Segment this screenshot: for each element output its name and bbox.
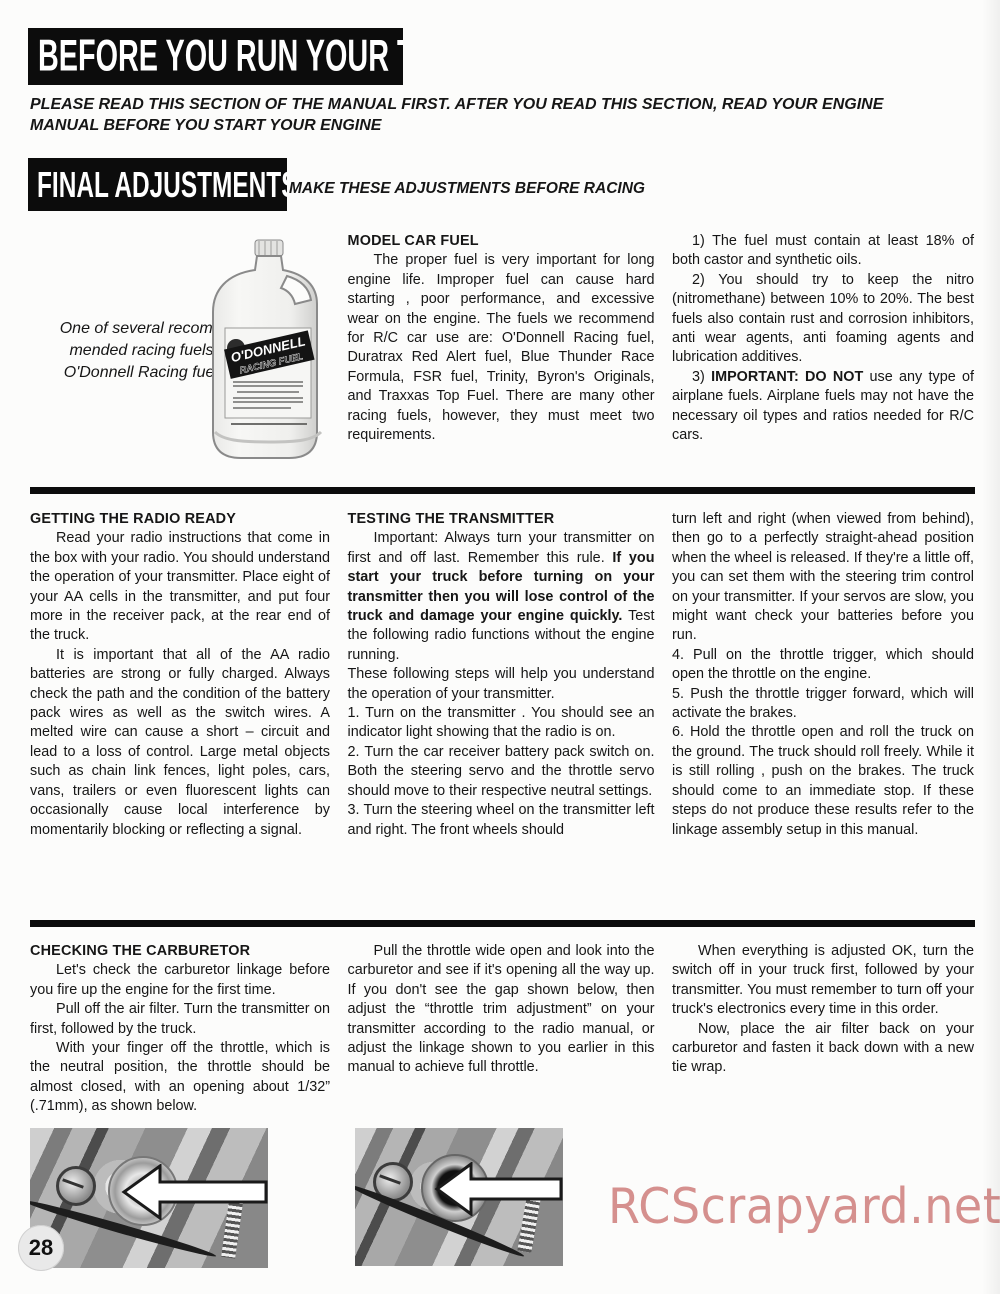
carb-para-1: Let's check the carburetor linkage befor… (30, 961, 330, 1000)
transmitter-step-6: 6. Hold the throttle open and roll the t… (672, 723, 974, 839)
carb-para-5: When everything is adjusted OK, turn the… (672, 942, 974, 1020)
carb-para-4: Pull the throttle wide open and look int… (348, 942, 655, 1078)
fuel-heading: MODEL CAR FUEL (348, 232, 655, 251)
final-adjustments-subtitle: MAKE THESE ADJUSTMENTS BEFORE RACING (289, 180, 645, 198)
transmitter-step-2: 2. Turn the car receiver battery pack sw… (348, 743, 655, 801)
carb-para-3: With your finger off the throttle, which… (30, 1039, 330, 1117)
transmitter-continued-column: turn left and right (when viewed from be… (672, 510, 974, 840)
watermark: RCScrapyard.net (608, 1178, 971, 1236)
important-warning: IMPORTANT: DO NOT (711, 369, 863, 385)
carburetor-heading: CHECKING THE CARBURETOR (30, 942, 330, 961)
radio-ready-heading: GETTING THE RADIO READY (30, 510, 330, 529)
section-divider (30, 487, 975, 494)
section-banner-final-adjustments: FINAL ADJUSTMENTS (28, 158, 287, 211)
carb-photo-throttle-closed (30, 1128, 268, 1268)
section-divider (30, 920, 975, 927)
fuel-text-column: MODEL CAR FUEL The proper fuel is very i… (348, 232, 655, 445)
transmitter-step-4: 4. Pull on the throttle trigger, which s… (672, 646, 974, 685)
fuel-section: MODEL CAR FUEL The proper fuel is very i… (30, 232, 974, 445)
carburetor-section: CHECKING THE CARBURETOR Let's check the … (30, 942, 974, 1117)
fuel-requirement-2: 2) You should try to keep the nitro (nit… (672, 271, 974, 368)
pointer-arrow-icon (120, 1164, 268, 1220)
carb-para-6: Now, place the air filter back on your c… (672, 1020, 974, 1078)
transmitter-step-3-continued: turn left and right (when viewed from be… (672, 510, 974, 646)
carburetor-column-1: CHECKING THE CARBURETOR Let's check the … (30, 942, 330, 1117)
fuel-figure-column (30, 232, 330, 445)
transmitter-para-2: These following steps will help you unde… (348, 665, 655, 704)
testing-transmitter-heading: TESTING THE TRANSMITTER (348, 510, 655, 529)
banner-title: BEFORE YOU RUN YOUR TRUCK (38, 31, 403, 81)
banner-title: FINAL ADJUSTMENTS (37, 164, 287, 206)
carb-para-2: Pull off the air filter. Turn the transm… (30, 1000, 330, 1039)
section-banner-before-you-run: BEFORE YOU RUN YOUR TRUCK (28, 28, 403, 85)
testing-transmitter-column: TESTING THE TRANSMITTER Important: Alway… (348, 510, 655, 840)
transmitter-step-3: 3. Turn the steering wheel on the transm… (348, 801, 655, 840)
radio-para-2: It is important that all of the AA radio… (30, 646, 330, 840)
pointer-arrow-icon (433, 1162, 563, 1216)
fuel-requirement-1: 1) The fuel must contain at least 18% of… (672, 232, 974, 271)
carburetor-column-2: Pull the throttle wide open and look int… (348, 942, 655, 1117)
transmitter-step-1: 1. Turn on the transmitter . You should … (348, 704, 655, 743)
transmitter-para-1: Important: Always turn your transmitter … (348, 529, 655, 665)
radio-ready-column: GETTING THE RADIO READY Read your radio … (30, 510, 330, 840)
radio-para-1: Read your radio instructions that come i… (30, 529, 330, 645)
carburetor-column-3: When everything is adjusted OK, turn the… (672, 942, 974, 1117)
manual-page: BEFORE YOU RUN YOUR TRUCK PLEASE READ TH… (0, 0, 1000, 1294)
fuel-requirement-3: 3) IMPORTANT: DO NOT use any type of air… (672, 368, 974, 446)
page-number: 28 (18, 1225, 64, 1271)
fuel-body: The proper fuel is very important for lo… (348, 251, 655, 445)
transmitter-step-5: 5. Push the throttle trigger forward, wh… (672, 685, 974, 724)
fuel-requirements-column: 1) The fuel must contain at least 18% of… (672, 232, 974, 445)
carb-photo-throttle-open (355, 1128, 563, 1266)
intro-note: PLEASE READ THIS SECTION OF THE MANUAL F… (30, 94, 945, 136)
radio-section: GETTING THE RADIO READY Read your radio … (30, 510, 974, 840)
